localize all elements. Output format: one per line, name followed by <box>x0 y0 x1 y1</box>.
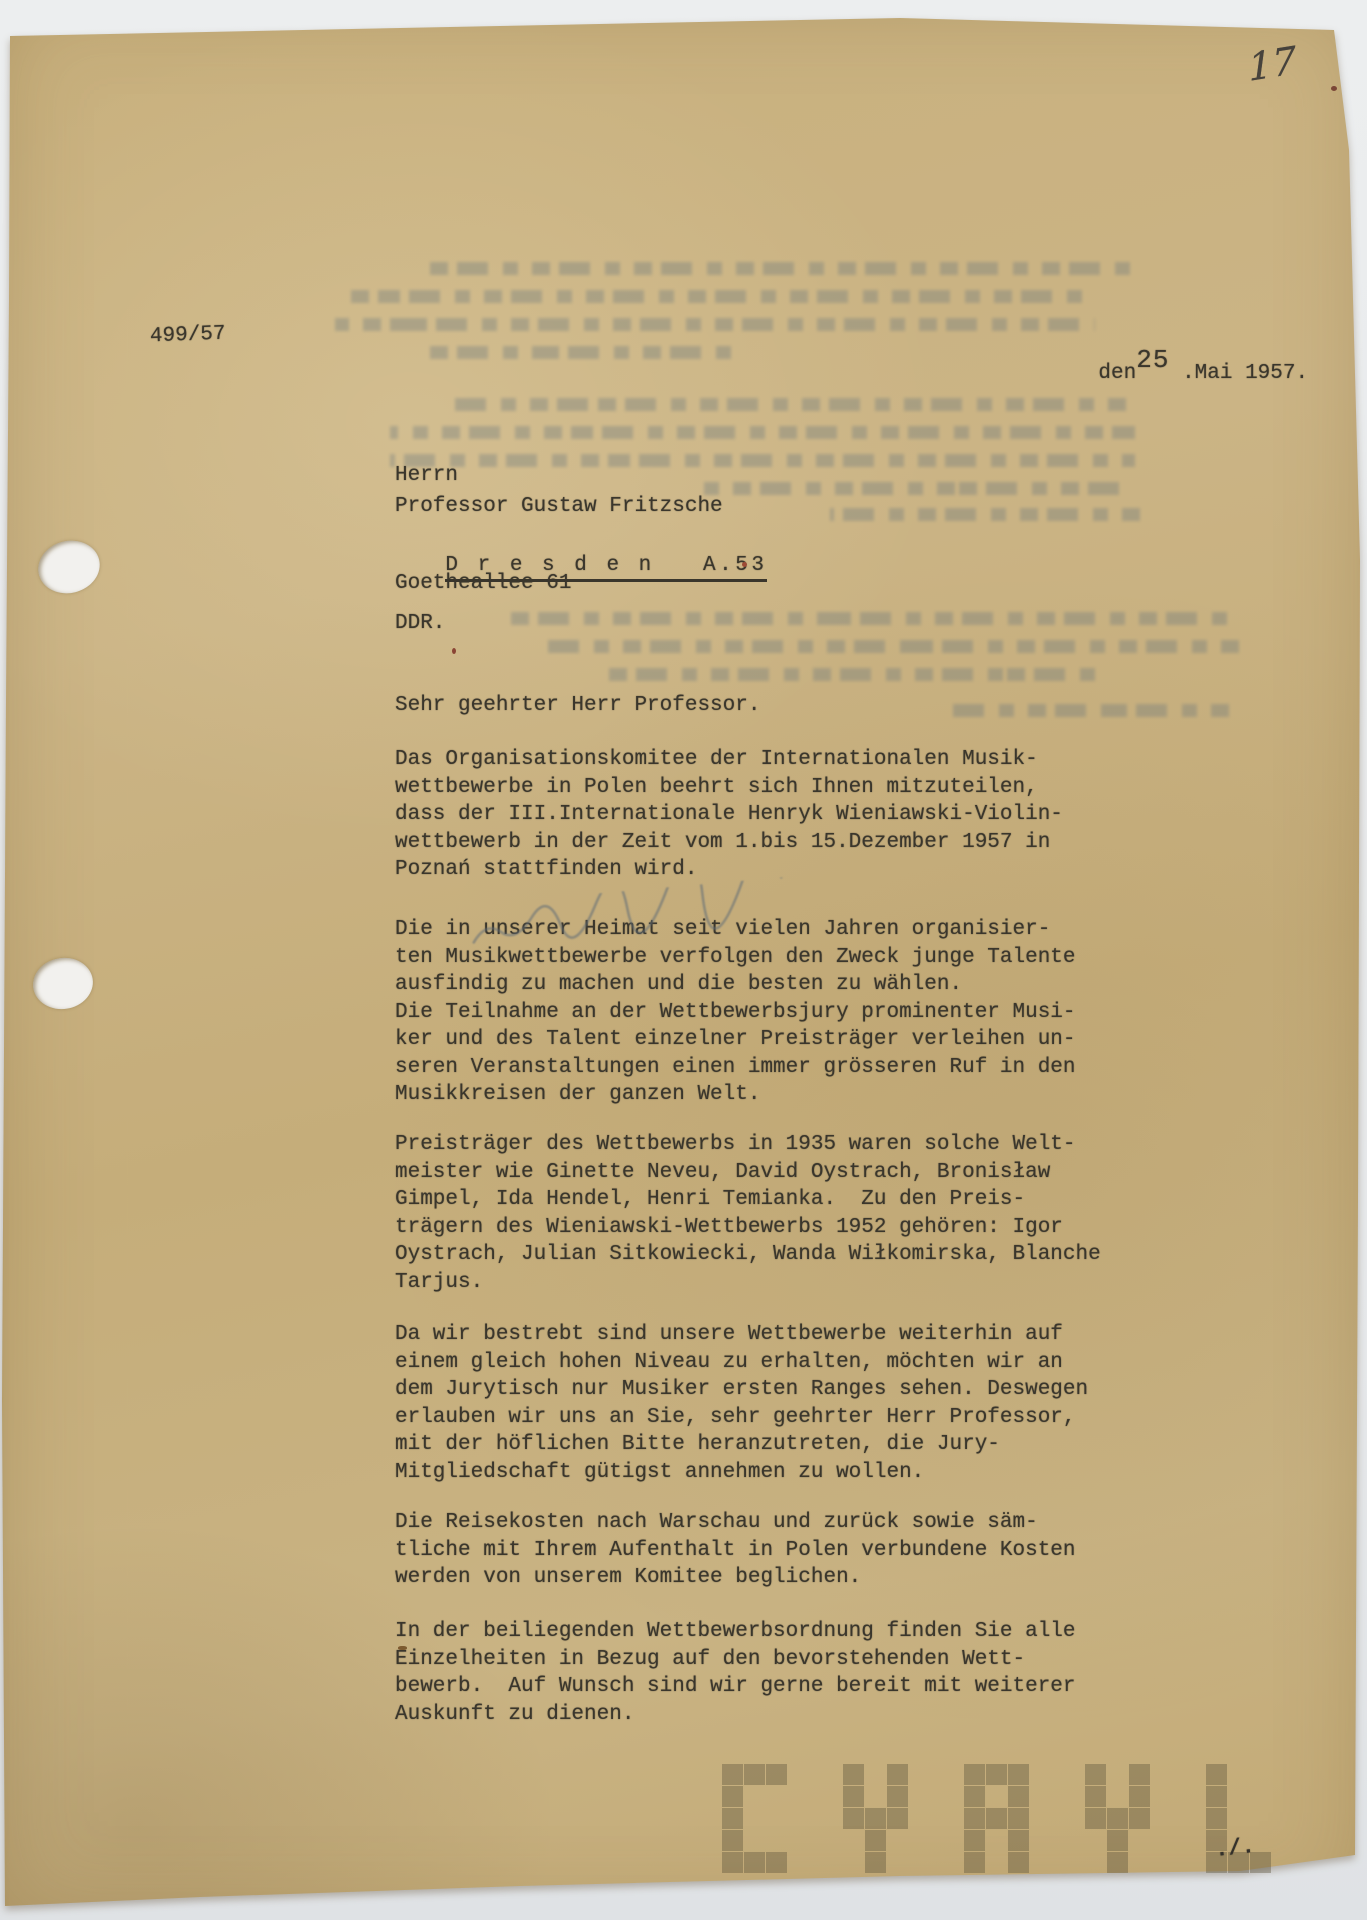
reference-number: 499/57 <box>150 321 227 351</box>
watermark-block <box>1129 1808 1150 1829</box>
watermark-block <box>1107 1852 1128 1873</box>
watermark-block <box>1129 1764 1150 1785</box>
typed-line: Oystrach, Julian Sitkowiecki, Wanda Wiłk… <box>395 1241 1101 1269</box>
watermark-block <box>964 1786 985 1807</box>
watermark-block <box>722 1786 743 1807</box>
watermark-block <box>1085 1786 1106 1807</box>
typed-line: Die Reisekosten nach Warschau und zurück… <box>395 1509 1076 1537</box>
watermark-block <box>1008 1786 1029 1807</box>
typed-line: seren Veranstaltungen einen immer grösse… <box>395 1054 1076 1082</box>
watermark-block <box>722 1830 743 1851</box>
ghost-line <box>345 290 1090 303</box>
body-paragraph: Da wir bestrebt sind unsere Wettbewerbe … <box>395 1321 1088 1486</box>
typed-line: ausfindig zu machen und die besten zu wä… <box>395 971 1076 999</box>
typed-line: erlauben wir uns an Sie, sehr geehrter H… <box>395 1404 1088 1432</box>
watermark-block <box>1206 1786 1227 1807</box>
typed-line: Einzelheiten in Bezug auf den bevorstehe… <box>395 1646 1076 1674</box>
typed-line: trägern des Wieniawski-Wettbewerbs 1952 … <box>395 1214 1101 1242</box>
recipient-country: DDR. <box>395 610 445 638</box>
watermark-block <box>964 1808 985 1829</box>
ghost-line <box>545 640 1245 653</box>
ghost-line <box>600 668 1100 681</box>
paper-speck <box>452 648 456 654</box>
continuation-mark: ./. <box>1214 1834 1256 1863</box>
watermark-block <box>865 1830 886 1851</box>
paper-fiber <box>398 1646 407 1650</box>
watermark-block <box>744 1764 765 1785</box>
watermark-block <box>1206 1764 1227 1785</box>
typed-line: wettbewerbe in Polen beehrt sich Ihnen m… <box>395 774 1063 802</box>
watermark-block <box>964 1764 985 1785</box>
watermark-block <box>1107 1830 1128 1851</box>
ghost-line <box>450 398 1130 411</box>
watermark-block <box>964 1830 985 1851</box>
typed-line: tliche mit Ihrem Aufenthalt in Polen ver… <box>395 1537 1076 1565</box>
watermark-block <box>722 1764 743 1785</box>
typed-line: Mitgliedschaft gütigst annehmen zu wolle… <box>395 1459 1088 1487</box>
watermark-block <box>1206 1808 1227 1829</box>
watermark-block <box>744 1852 765 1873</box>
watermark-block <box>1107 1808 1128 1829</box>
ghost-line <box>430 262 1130 275</box>
typed-line: Das Organisationskomitee der Internation… <box>395 746 1063 774</box>
typed-line: bewerb. Auf Wunsch sind wir gerne bereit… <box>395 1673 1076 1701</box>
typed-line: ker und des Talent einzelner Preisträger… <box>395 1026 1076 1054</box>
watermark-block <box>1008 1852 1029 1873</box>
typed-line: dem Jurytisch nur Musiker ersten Ranges … <box>395 1376 1088 1404</box>
typed-line: Preisträger des Wettbewerbs in 1935 ware… <box>395 1131 1101 1159</box>
watermark-block <box>1008 1830 1029 1851</box>
typed-line: werden von unserem Komitee beglichen. <box>395 1564 1076 1592</box>
salutation: Sehr geehrter Herr Professor. <box>395 692 760 720</box>
date-prefix: den <box>1098 362 1136 385</box>
typed-line: Auskunft zu dienen. <box>395 1701 1076 1729</box>
watermark-block <box>843 1786 864 1807</box>
watermark-block <box>1008 1808 1029 1829</box>
ghost-line <box>430 346 745 359</box>
watermark-block <box>1129 1786 1150 1807</box>
ghost-line <box>700 482 1130 495</box>
watermark-block <box>986 1808 1007 1829</box>
ghost-line <box>950 704 1235 717</box>
watermark-block <box>766 1764 787 1785</box>
watermark-block <box>843 1808 864 1829</box>
watermark-block <box>887 1764 908 1785</box>
watermark-block <box>986 1764 1007 1785</box>
typed-line: Die Teilnahme an der Wettbewerbsjury pro… <box>395 999 1076 1027</box>
typed-line: dass der III.Internationale Henryk Wieni… <box>395 801 1063 829</box>
typed-line: meister wie Ginette Neveu, David Oystrac… <box>395 1159 1101 1187</box>
watermark-block <box>722 1808 743 1829</box>
watermark-block <box>1085 1764 1106 1785</box>
typed-line: mit der höflichen Bitte heranzutreten, d… <box>395 1431 1088 1459</box>
recipient-line-herrn: Herrn <box>395 462 458 490</box>
handwritten-page-number: 17 <box>1247 38 1297 90</box>
ghost-line <box>390 454 1135 467</box>
typed-line: Tarjus. <box>395 1269 1101 1297</box>
watermark-block <box>1008 1764 1029 1785</box>
date-rest: .Mai 1957. <box>1182 362 1308 385</box>
body-paragraph: In der beiliegenden Wettbewerbsordnung f… <box>395 1618 1076 1728</box>
watermark-block <box>865 1852 886 1873</box>
watermark-block <box>887 1808 908 1829</box>
typed-line: wettbewerb in der Zeit vom 1.bis 15.Deze… <box>395 829 1063 857</box>
paper-speck <box>742 562 747 567</box>
date-line: den25 .Mai 1957. <box>1048 330 1308 415</box>
ghost-line <box>500 612 1230 625</box>
typed-line: Musikkreisen der ganzen Welt. <box>395 1081 1076 1109</box>
ghost-line <box>390 426 1135 439</box>
watermark-block <box>843 1764 864 1785</box>
typed-line: Da wir bestrebt sind unsere Wettbewerbe … <box>395 1321 1088 1349</box>
typed-line: einem gleich hohen Niveau zu erhalten, m… <box>395 1349 1088 1377</box>
body-paragraph: Das Organisationskomitee der Internation… <box>395 746 1063 884</box>
ghost-line <box>830 508 1140 521</box>
watermark-block <box>887 1786 908 1807</box>
typed-line: Gimpel, Ida Hendel, Henri Temianka. Zu d… <box>395 1186 1101 1214</box>
typed-line: Poznań stattfinden wird. <box>395 856 1063 884</box>
watermark-block <box>722 1852 743 1873</box>
watermark-block <box>1085 1808 1106 1829</box>
watermark-block <box>766 1852 787 1873</box>
scanned-letter-page: 17 499/57 den25 .Mai 1957. Herrn Profess… <box>0 0 1367 1920</box>
watermark-block <box>964 1852 985 1873</box>
body-paragraph: Preisträger des Wettbewerbs in 1935 ware… <box>395 1131 1101 1296</box>
watermark-block <box>865 1808 886 1829</box>
ghost-line <box>335 318 1095 331</box>
ink-dot <box>1331 86 1337 91</box>
body-paragraph: Die Reisekosten nach Warschau und zurück… <box>395 1509 1076 1592</box>
date-day: 25 <box>1136 345 1169 375</box>
recipient-name: Professor Gustaw Fritzsche <box>395 493 723 521</box>
typed-line: In der beiliegenden Wettbewerbsordnung f… <box>395 1618 1076 1646</box>
recipient-street: Goetheallee 61 <box>395 570 571 598</box>
